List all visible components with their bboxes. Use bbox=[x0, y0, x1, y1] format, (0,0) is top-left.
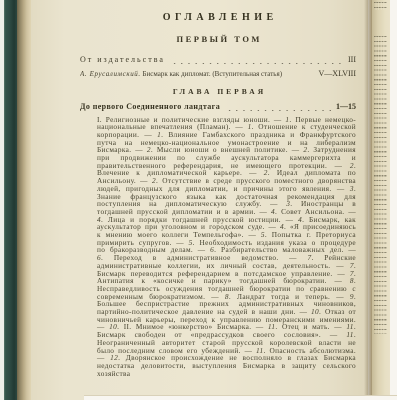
gutter-fold-shadow bbox=[364, 0, 372, 400]
next-page-text-column bbox=[374, 36, 387, 334]
chapter-entry-label: До первого Соединенного ландтага bbox=[80, 102, 220, 111]
intro-article-text: А. Ерусалимский. Бисмарк как дипломат. (… bbox=[80, 70, 319, 78]
toc-entry-intro-article: А. Ерусалимский. Бисмарк как дипломат. (… bbox=[80, 69, 356, 78]
chapter-entry-pages: 1—15 bbox=[336, 102, 356, 111]
chapter-summary: I. Религиозные и политические взгляды юн… bbox=[97, 116, 356, 378]
page-edge-stack bbox=[17, 0, 31, 400]
photo-background-right bbox=[390, 0, 397, 400]
toc-entry-label: От издательства bbox=[80, 55, 165, 64]
intro-author: А. Ерусалимский. bbox=[80, 70, 141, 78]
intro-article-pages: V—XLVIII bbox=[319, 69, 356, 78]
book-cover-edge bbox=[4, 0, 17, 400]
volume-heading: ПЕРВЫЙ ТОМ bbox=[80, 34, 356, 44]
next-page-text-fragment bbox=[374, 2, 387, 10]
toc-entry-chapter-1: До первого Соединенного ландтага 1—15 bbox=[80, 102, 356, 111]
dot-leader bbox=[226, 105, 332, 111]
next-page-edge bbox=[372, 0, 390, 400]
toc-entry-pages: III bbox=[348, 55, 356, 64]
book-photo: ОГЛАВЛЕНИЕ ПЕРВЫЙ ТОМ От издательства II… bbox=[0, 0, 397, 400]
page-content: ОГЛАВЛЕНИЕ ПЕРВЫЙ ТОМ От издательства II… bbox=[31, 0, 368, 377]
toc-entry-foreword: От издательства III bbox=[80, 55, 356, 64]
chapter-heading: ГЛАВА ПЕРВАЯ bbox=[80, 87, 356, 96]
contents-page: ОГЛАВЛЕНИЕ ПЕРВЫЙ ТОМ От издательства II… bbox=[31, 0, 368, 400]
dot-leader bbox=[171, 58, 344, 64]
page-title: ОГЛАВЛЕНИЕ bbox=[80, 12, 356, 23]
photo-background-bottom bbox=[84, 395, 397, 400]
intro-article-title: Бисмарк как дипломат. (Вступительная ста… bbox=[141, 70, 282, 78]
